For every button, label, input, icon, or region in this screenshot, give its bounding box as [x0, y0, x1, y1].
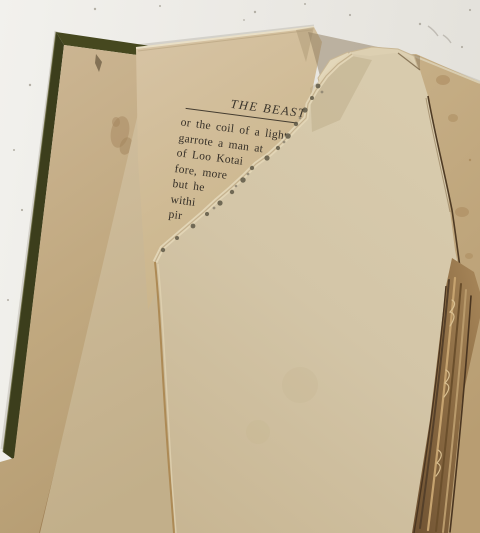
book-foreground-layers: [0, 0, 480, 533]
old-book-photo: THE BEASTS or the coil of a light garrot…: [0, 0, 480, 533]
torn-front-page: [155, 53, 462, 533]
